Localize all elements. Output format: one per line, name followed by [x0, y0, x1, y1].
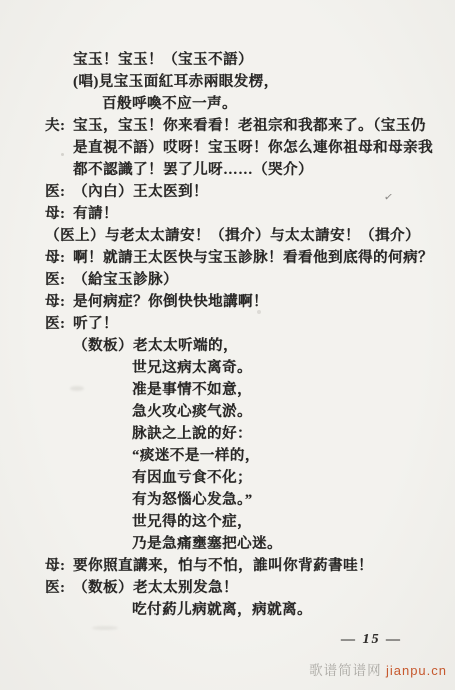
- speaker-label: 医:: [45, 313, 73, 335]
- line-text: 有为怒惱心发急。”: [132, 492, 253, 508]
- line-text: 要你照直講来，怕与不怕，誰叫你背葯書哇！: [73, 555, 373, 577]
- script-line: 脉訣之上說的好：: [45, 423, 443, 445]
- script-line: (唱)見宝玉面紅耳赤兩眼发楞，: [45, 71, 443, 93]
- line-text: 世兄得的这个症，: [132, 514, 252, 530]
- scan-smudge: [70, 386, 84, 391]
- speaker-label: 夫:: [45, 115, 73, 137]
- line-text: 世兄这病太离奇。: [132, 360, 252, 376]
- script-line: 都不認識了！罢了儿呀……（哭介）: [45, 159, 443, 181]
- speaker-label: 母:: [45, 203, 73, 225]
- watermark-site-name: 歌谱简谱网: [309, 663, 382, 678]
- line-text: 都不認識了！罢了儿呀……（哭介）: [73, 162, 313, 178]
- line-text: “痰迷不是一样的，: [132, 448, 260, 464]
- speaker-label: 母:: [45, 291, 73, 313]
- script-lines: 宝玉！宝玉！（宝玉不語）(唱)見宝玉面紅耳赤兩眼发楞，百般呼喚不应一声。夫:宝玉…: [45, 49, 443, 621]
- script-line: 医:（給宝玉診脉）: [45, 269, 443, 291]
- script-line: 宝玉！宝玉！（宝玉不語）: [45, 49, 443, 71]
- speaker-label: 母:: [45, 555, 73, 577]
- line-text: 脉訣之上說的好：: [132, 426, 252, 442]
- line-text: 是直視不語）哎呀！宝玉呀！你怎么連你祖母和母亲我: [73, 140, 433, 156]
- scan-smudge: [257, 310, 261, 314]
- line-text: 乃是急痛壅塞把心迷。: [132, 536, 282, 552]
- script-line: 急火攻心痰气淤。: [45, 401, 443, 423]
- speaker-label: 医:: [45, 181, 73, 203]
- line-text: 是何病症？你倒快快地講啊！: [73, 291, 268, 313]
- speaker-label: 医:: [45, 577, 73, 599]
- script-line: 母:要你照直講来，怕与不怕，誰叫你背葯書哇！: [45, 555, 443, 577]
- line-text: 有因血亏食不化；: [132, 470, 252, 486]
- script-line: 母:啊！就請王太医快与宝玉診脉！看看他到底得的何病？: [45, 247, 443, 269]
- watermark-site-url: jianpu.cn: [386, 663, 447, 678]
- line-text: （数板）老太太听端的，: [73, 338, 238, 354]
- script-line: （医上）与老太太請安！（揖介）与太太請安！（揖介）: [45, 225, 443, 247]
- page-number: — 15 —: [341, 632, 402, 648]
- line-text: 有請！: [73, 203, 118, 225]
- script-line: 医:听了！: [45, 313, 443, 335]
- line-text: （給宝玉診脉）: [73, 269, 178, 291]
- script-line: 医:（数板）老太太别发急！: [45, 577, 443, 599]
- line-text: 百般呼喚不应一声。: [102, 96, 237, 112]
- scan-smudge: [61, 153, 64, 156]
- line-text: (唱)見宝玉面紅耳赤兩眼发楞，: [73, 74, 279, 90]
- script-line: 母:有請！: [45, 203, 443, 225]
- watermark: 歌谱简谱网 jianpu.cn: [309, 659, 447, 679]
- line-text: 吃付葯儿病就离，病就离。: [132, 602, 312, 618]
- line-text: 听了！: [73, 313, 118, 335]
- scan-smudge: [92, 626, 118, 630]
- script-line: 是直視不語）哎呀！宝玉呀！你怎么連你祖母和母亲我: [45, 137, 443, 159]
- script-line: 母:是何病症？你倒快快地講啊！: [45, 291, 443, 313]
- script-line: 世兄这病太离奇。: [45, 357, 443, 379]
- line-text: （医上）与老太太請安！（揖介）与太太請安！（揖介）: [45, 228, 420, 244]
- script-line: 吃付葯儿病就离，病就离。: [45, 599, 443, 621]
- speaker-label: 母:: [45, 247, 73, 269]
- line-text: 宝玉！宝玉！（宝玉不語）: [73, 52, 253, 68]
- script-line: 世兄得的这个症，: [45, 511, 443, 533]
- line-text: （內白）王太医到！: [73, 181, 208, 203]
- line-text: 啊！就請王太医快与宝玉診脉！看看他到底得的何病？: [73, 247, 433, 269]
- script-line: 有为怒惱心发急。”: [45, 489, 443, 511]
- script-line: 有因血亏食不化；: [45, 467, 443, 489]
- line-text: （数板）老太太别发急！: [73, 577, 238, 599]
- script-line: “痰迷不是一样的，: [45, 445, 443, 467]
- script-line: 乃是急痛壅塞把心迷。: [45, 533, 443, 555]
- line-text: 急火攻心痰气淤。: [132, 404, 252, 420]
- script-line: 夫:宝玉，宝玉！你来看看！老祖宗和我都来了。（宝玉仍: [45, 115, 443, 137]
- script-line: （数板）老太太听端的，: [45, 335, 443, 357]
- scanned-page: 宝玉！宝玉！（宝玉不語）(唱)見宝玉面紅耳赤兩眼发楞，百般呼喚不应一声。夫:宝玉…: [0, 0, 455, 690]
- line-text: 准是事情不如意，: [132, 382, 252, 398]
- stray-check-mark-icon: ✓: [383, 190, 401, 204]
- line-text: 宝玉，宝玉！你来看看！老祖宗和我都来了。（宝玉仍: [73, 115, 426, 137]
- speaker-label: 医:: [45, 269, 73, 291]
- script-line: 准是事情不如意，: [45, 379, 443, 401]
- script-line: 百般呼喚不应一声。: [45, 93, 443, 115]
